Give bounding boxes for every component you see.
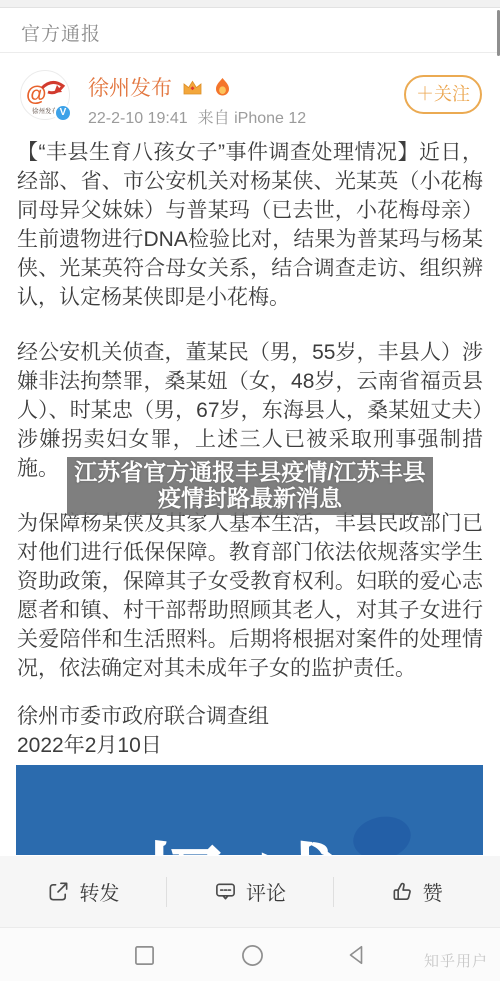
author-name[interactable]: 徐州发布: [88, 77, 172, 100]
like-button[interactable]: 赞: [333, 856, 500, 927]
date-line: 2022年2月10日: [17, 731, 483, 760]
comment-button[interactable]: 评论: [167, 856, 334, 927]
action-bar: 转发 评论 赞: [0, 856, 500, 927]
post-timestamp: 22-2-10 19:41: [88, 110, 188, 127]
follow-button[interactable]: ＋关注: [404, 75, 482, 114]
zhihu-user-watermark: 知乎用户: [424, 950, 488, 971]
post-image[interactable]: 权威: [16, 765, 483, 855]
caption-line-2: 疫情封路最新消息: [73, 485, 427, 511]
caption-line-1: 江苏省官方通报丰县疫情/江苏丰县: [73, 459, 427, 485]
hot-flame-icon: [214, 77, 231, 97]
thumbs-up-icon: [391, 880, 414, 903]
post-body: 【“丰县生育八孩女子”事件调查处理情况】近日，经部、省、市公安机关对杨某侠、光某…: [0, 138, 500, 709]
android-nav-bar: 知乎用户: [0, 927, 500, 981]
repost-button[interactable]: 转发: [0, 856, 167, 927]
like-label: 赞: [423, 877, 443, 906]
comment-label: 评论: [246, 877, 286, 906]
weibo-post-page: 官方通报 @ 徐州发布 V 徐州发布: [0, 0, 500, 981]
page-title: 官方通报: [21, 19, 101, 46]
signature-line: 徐州市委市政府联合调查组: [17, 702, 483, 731]
back-button[interactable]: [334, 928, 378, 981]
paragraph-3: 为保障杨某侠及其家人基本生活，丰县民政部门已对他们进行低保保障。教育部门依法依规…: [17, 509, 483, 683]
action-divider: [166, 877, 167, 907]
comment-icon: [214, 880, 237, 903]
recent-apps-button[interactable]: [122, 928, 166, 981]
verified-badge-icon: V: [54, 104, 72, 122]
repost-label: 转发: [79, 877, 119, 906]
author-line: 徐州发布: [88, 72, 231, 98]
image-partial-text: 权威: [138, 815, 366, 855]
vip-crown-icon: [182, 79, 203, 96]
repost-icon: [47, 880, 70, 903]
section-header: 官方通报: [0, 8, 500, 53]
action-divider: [333, 877, 334, 907]
paragraph-1: 【“丰县生育八孩女子”事件调查处理情况】近日，经部、省、市公安机关对杨某侠、光某…: [17, 138, 483, 312]
post-source: 来自 iPhone 12: [198, 110, 307, 127]
home-button[interactable]: [230, 928, 274, 981]
post-header: @ 徐州发布 V 徐州发布 22-2-10 1: [0, 62, 500, 132]
status-bar-strip: [0, 0, 500, 8]
signature-block: 徐州市委市政府联合调查组 2022年2月10日: [17, 702, 483, 760]
post-meta: 22-2-10 19:41来自 iPhone 12: [88, 105, 306, 128]
overlay-caption: 江苏省官方通报丰县疫情/江苏丰县 疫情封路最新消息: [67, 457, 433, 515]
